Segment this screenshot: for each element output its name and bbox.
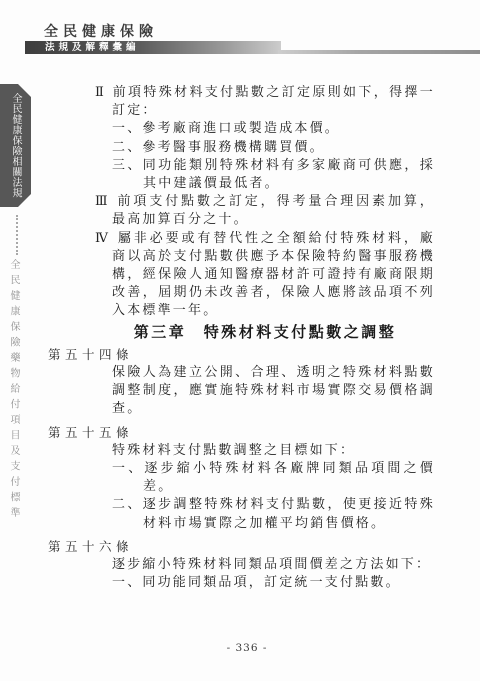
article-label: 第五十六條	[48, 538, 435, 556]
article-54: 第五十四條 保險人為建立公開、合理、透明之特殊材料點數調整制度，應實施特殊材料市…	[95, 346, 435, 419]
list-item-text: 同功能類別特殊材料有多家廠商可供應，採其中建議價最低者。	[143, 158, 435, 191]
list-item-marker: 二、	[112, 497, 143, 512]
list-item: 一、同功能同類品項，訂定統一支付點數。	[112, 574, 435, 592]
article-body: 逐步縮小特殊材料同類品項間價差之方法如下：	[112, 556, 435, 574]
sidebar-subsection-label: 全民健康保險藥物給付項目及支付標準	[6, 259, 21, 523]
article-55: 第五十五條 特殊材料支付點數調整之目標如下： 一、逐步縮小特殊材料各廠牌同類品項…	[95, 424, 435, 533]
list-item: 一、參考廠商進口或製造成本價。	[112, 120, 435, 138]
list-item-text: 逐步縮小特殊材料各廠牌同類品項間之價差。	[143, 461, 435, 494]
article-body: 特殊材料支付點數調整之目標如下：	[112, 442, 435, 460]
list-item: 二、逐步調整特殊材料支付點數，使更接近特殊材料市場實際之加權平均銷售價格。	[112, 496, 435, 532]
article-label: 第五十四條	[48, 346, 435, 364]
list-item: 三、同功能類別特殊材料有多家廠商可供應，採其中建議價最低者。	[112, 157, 435, 193]
paragraph-roman-4: Ⅳ 屬非必要或有替代性之全額給付特殊材料，廠商以高於支付點數供應予本保險特約醫事…	[95, 230, 435, 321]
list-item-marker: 一、	[112, 121, 142, 136]
paragraph-number: Ⅲ	[95, 194, 110, 209]
list-item-marker: 一、	[112, 461, 144, 476]
paragraph-roman-2-items: 一、參考廠商進口或製造成本價。 二、參考醫事服務機構購買價。 三、同功能類別特殊…	[112, 120, 435, 193]
article-label: 第五十五條	[48, 424, 435, 442]
sidebar-section-tab-label: 全民健康保險相關法規	[8, 93, 23, 198]
page-number: - 336 -	[0, 642, 480, 654]
paragraph-roman-2: Ⅱ 前項特殊材料支付點數之訂定原則如下，得擇一訂定：	[95, 84, 435, 120]
article-56: 第五十六條 逐步縮小特殊材料同類品項間價差之方法如下： 一、同功能同類品項，訂定…	[95, 538, 435, 593]
paragraph-text: 前項特殊材料支付點數之訂定原則如下，得擇一訂定：	[112, 85, 435, 118]
list-item-marker: 二、	[112, 140, 142, 155]
main-content: Ⅱ 前項特殊材料支付點數之訂定原則如下，得擇一訂定： 一、參考廠商進口或製造成本…	[95, 84, 435, 592]
paragraph-text: 屬非必要或有替代性之全額給付特殊材料，廠商以高於支付點數供應予本保險特約醫事服務…	[112, 231, 435, 319]
book-title: 全民健康保險	[44, 21, 158, 41]
list-item-text: 同功能同類品項，訂定統一支付點數。	[142, 575, 400, 590]
list-item: 二、參考醫事服務機構購買價。	[112, 139, 435, 157]
sidebar-dotted-divider	[16, 215, 18, 255]
edition-banner: 法規及解釋彙編	[25, 41, 281, 54]
article-55-items: 一、逐步縮小特殊材料各廠牌同類品項間之價差。 二、逐步調整特殊材料支付點數，使更…	[112, 460, 435, 533]
chapter-heading: 第三章 特殊材料支付點數之調整	[95, 323, 435, 341]
paragraph-text: 前項支付點數之訂定，得考量合理因素加算，最高加算百分之十。	[112, 194, 435, 227]
list-item-text: 參考廠商進口或製造成本價。	[142, 121, 340, 136]
paragraph-roman-3: Ⅲ 前項支付點數之訂定，得考量合理因素加算，最高加算百分之十。	[95, 193, 435, 229]
list-item: 一、逐步縮小特殊材料各廠牌同類品項間之價差。	[112, 460, 435, 496]
list-item-marker: 一、	[112, 575, 142, 590]
paragraph-number: Ⅳ	[95, 231, 111, 246]
header-rule	[278, 50, 480, 54]
list-item-text: 參考醫事服務機構購買價。	[142, 140, 324, 155]
list-item-marker: 三、	[112, 158, 143, 173]
edition-banner-label: 法規及解釋彙編	[45, 41, 140, 54]
paragraph-number: Ⅱ	[95, 85, 106, 100]
article-56-items: 一、同功能同類品項，訂定統一支付點數。	[112, 574, 435, 592]
list-item-text: 逐步調整特殊材料支付點數，使更接近特殊材料市場實際之加權平均銷售價格。	[143, 497, 435, 530]
document-page: 全民健康保險 法規及解釋彙編 全民健康保險相關法規 全民健康保險藥物給付項目及支…	[0, 0, 480, 681]
article-body: 保險人為建立公開、合理、透明之特殊材料點數調整制度，應實施特殊材料市場實際交易價…	[112, 364, 435, 419]
sidebar-section-tab: 全民健康保險相關法規	[0, 84, 31, 207]
